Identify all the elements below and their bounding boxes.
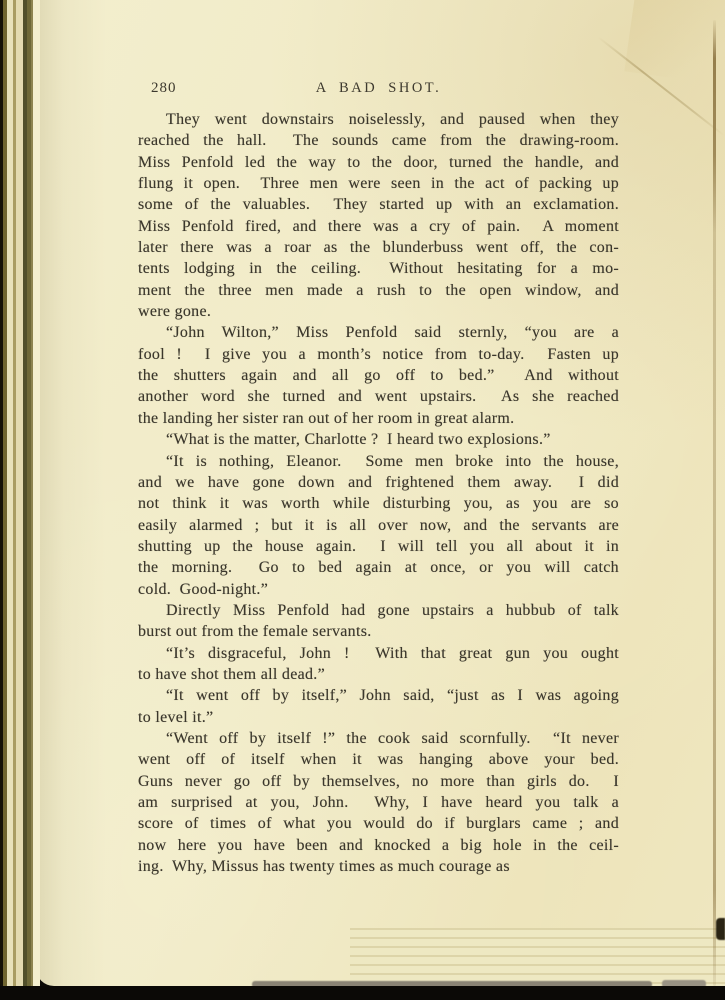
paragraph: “Went off by itself !” the cook said sco… [138,728,619,877]
paragraph: “It is nothing, Eleanor. Some men broke … [138,451,619,600]
text-line: Miss Penfold fired, and there was a cry … [138,216,619,237]
paragraph: “What is the matter, Charlotte ? I heard… [138,429,619,450]
text-line: some of the valuables. They started up w… [138,194,619,215]
gutter-shadow [36,0,106,986]
text-line: cold. Good-night.” [138,579,619,600]
right-page-edge-line [713,20,716,986]
text-line: were gone. [138,301,619,322]
paragraph: “It’s disgraceful, John ! With that grea… [138,643,619,686]
text-line: flung it open. Three men were seen in th… [138,173,619,194]
paragraph: They went downstairs noiselessly, and pa… [138,109,619,322]
text-line: score of times of what you would do if b… [138,813,619,834]
right-edge-notch [716,918,725,940]
text-line: went off of itself when it was hanging a… [138,749,619,770]
text-line: now here you have been and knocked a big… [138,835,619,856]
text-line: am surprised at you, John. Why, I have h… [138,792,619,813]
text-line: “It’s disgraceful, John ! With that grea… [138,643,619,664]
binding-edge-stripes [0,0,40,992]
text-line: later there was a roar as the blunderbus… [138,237,619,258]
text-line: shutting up the house again. I will tell… [138,536,619,557]
text-line: to level it.” [138,707,619,728]
page-header: 280 A BAD SHOT. [138,78,619,98]
text-line: the morning. Go to bed again at once, or… [138,557,619,578]
text-line: the shutters again and all go off to bed… [138,365,619,386]
text-line: reached the hall. The sounds came from t… [138,130,619,151]
text-line: “John Wilton,” Miss Penfold said sternly… [138,322,619,343]
scanner-background [0,986,725,1000]
text-line: “It went off by itself,” John said, “jus… [138,685,619,706]
text-line: “It is nothing, Eleanor. Some men broke … [138,451,619,472]
paragraph: “It went off by itself,” John said, “jus… [138,685,619,728]
text-line: and we have gone down and frightened the… [138,472,619,493]
text-line: ing. Why, Missus has twenty times as muc… [138,856,619,877]
text-line: fool ! I give you a month’s notice from … [138,344,619,365]
text-line: Guns never go off by themselves, no more… [138,771,619,792]
text-line: “Went off by itself !” the cook said sco… [138,728,619,749]
bottom-page-stack-edges [350,928,725,986]
text-line: the landing her sister ran out of her ro… [138,408,619,429]
text-line: burst out from the female servants. [138,621,619,642]
text-line: They went downstairs noiselessly, and pa… [138,109,619,130]
text-line: “What is the matter, Charlotte ? I heard… [138,429,619,450]
text-line: Miss Penfold led the way to the door, tu… [138,152,619,173]
text-line: ment the three men made a rush to the op… [138,280,619,301]
text-line: easily alarmed ; but it is all over now,… [138,515,619,536]
text-line: not think it was worth while disturbing … [138,493,619,514]
paragraph: “John Wilton,” Miss Penfold said sternly… [138,322,619,429]
text-line: Directly Miss Penfold had gone upstairs … [138,600,619,621]
text-line: to have shot them all dead.” [138,664,619,685]
body-text: They went downstairs noiselessly, and pa… [138,109,619,877]
running-title: A BAD SHOT. [138,78,619,98]
text-line: another word she turned and went upstair… [138,386,619,407]
paragraph: Directly Miss Penfold had gone upstairs … [138,600,619,643]
text-line: tents lodging in the ceiling. Without he… [138,258,619,279]
